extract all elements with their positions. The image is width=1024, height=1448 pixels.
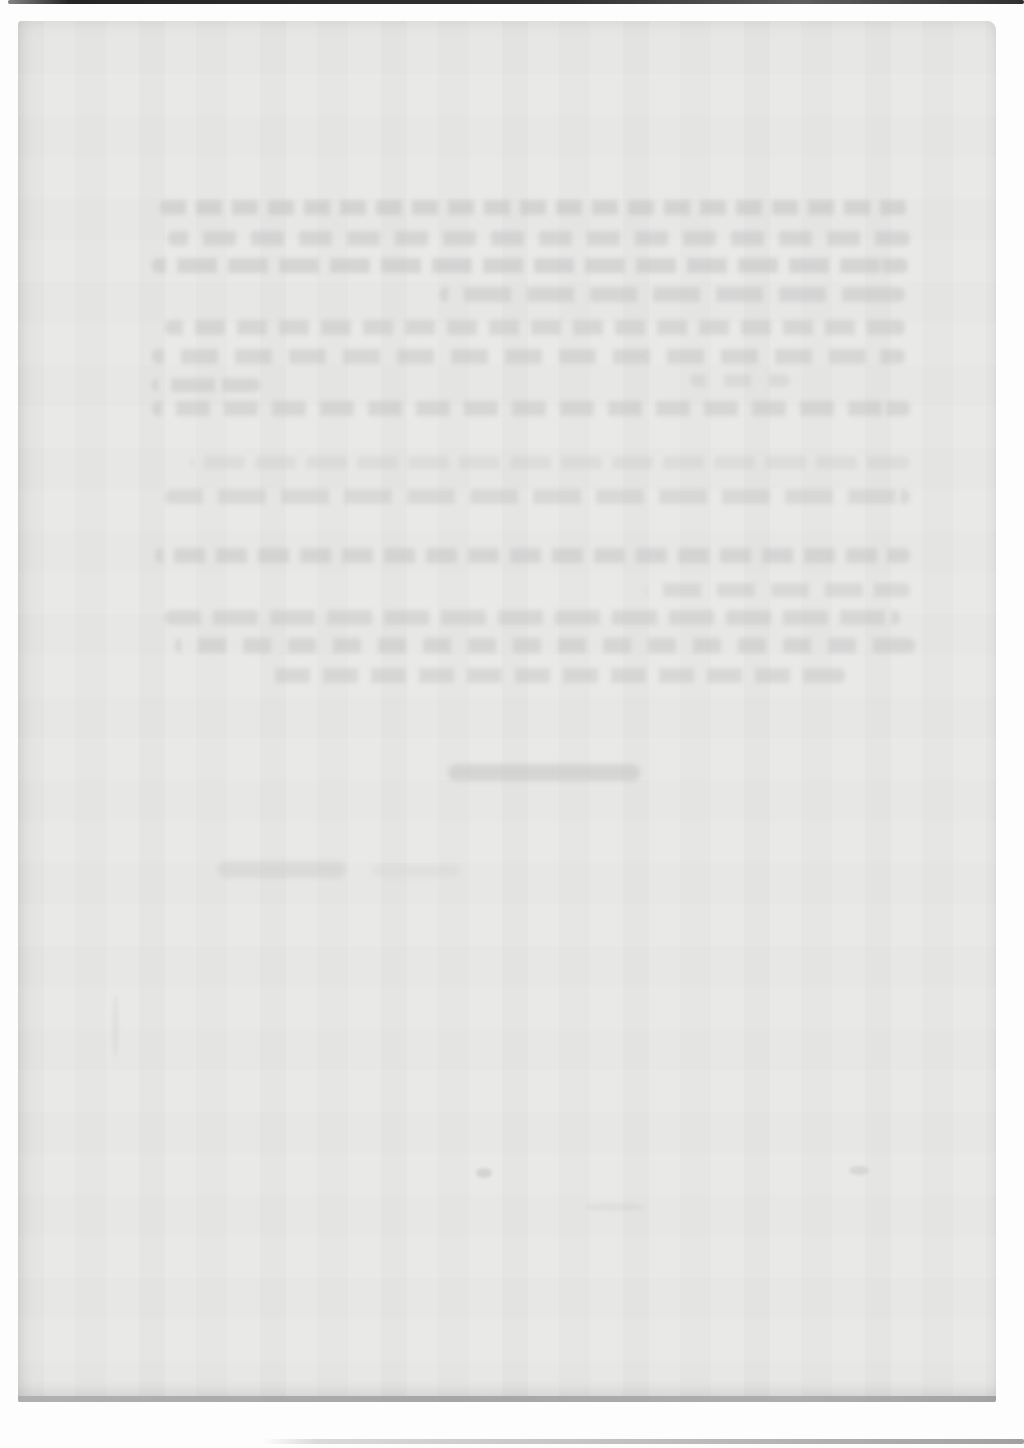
scan-bottom-shadow-line — [262, 1439, 1024, 1444]
book-page — [18, 21, 996, 1402]
scanned-page-canvas — [0, 0, 1024, 1448]
page-bottom-edge-line — [18, 1396, 996, 1402]
scan-top-edge-line — [8, 0, 1024, 4]
